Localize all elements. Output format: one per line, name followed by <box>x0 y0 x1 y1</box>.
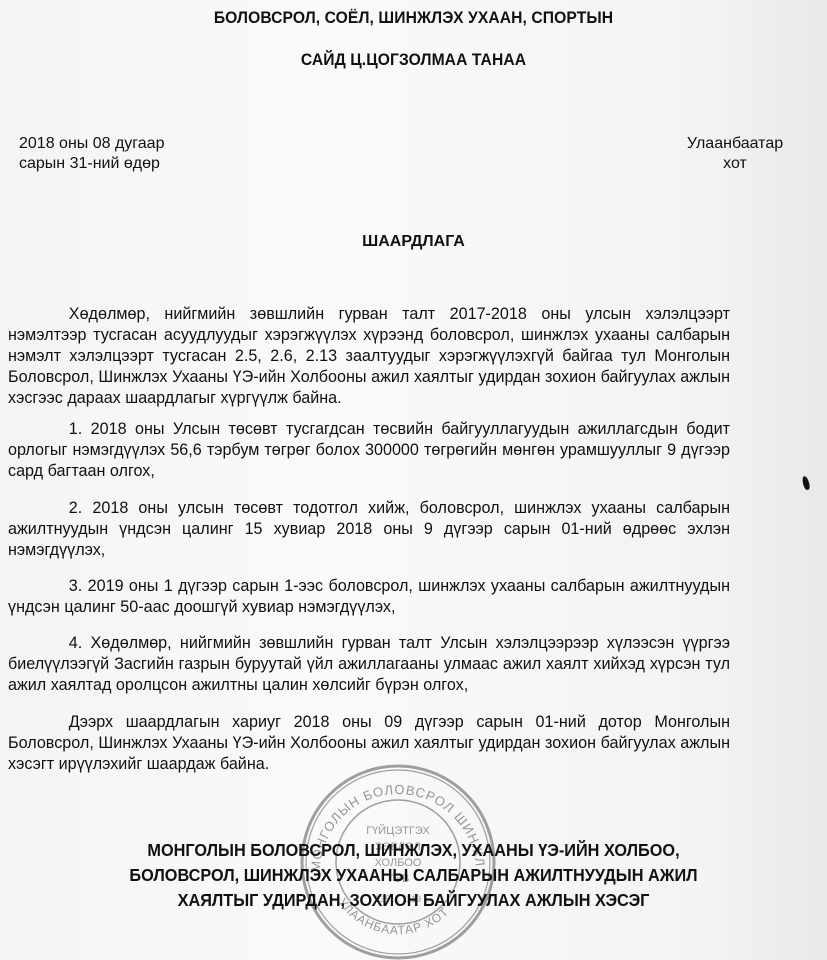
signature-line-2: БОЛОВСРОЛ, ШИНЖЛЭХ УХААНЫ САЛБАРЫН АЖИЛТ… <box>29 863 798 888</box>
signature-line-3: ХАЯЛТЫГ УДИРДАН, ЗОХИОН БАЙГУУЛАХ АЖЛЫН … <box>29 888 798 913</box>
document-title: ШААРДЛАГА <box>0 233 827 251</box>
scan-speck <box>801 475 810 490</box>
date-line-2: сарын 31-ний өдөр <box>19 154 164 174</box>
document-date: 2018 оны 08 дугаар сарын 31-ний өдөр <box>19 134 164 174</box>
signature-line-1: МОНГОЛЫН БОЛОВСРОЛ, ШИНЖЛЭХ, УХААНЫ ҮЭ-И… <box>29 838 798 863</box>
place-line-2: хот <box>675 154 795 174</box>
place-line-1: Улаанбаатар <box>675 134 795 154</box>
intro-paragraph: Хөдөлмөр, нийгмийн зөвшлийн гурван талт … <box>8 303 730 408</box>
demand-item-3: 3. 2019 оны 1 дүгээр сарын 1-ээс боловср… <box>8 575 730 617</box>
document-place: Улаанбаатар хот <box>675 134 795 174</box>
addressee-line-1: БОЛОВСРОЛ, СОЁЛ, ШИНЖЛЭХ УХААН, СПОРТЫН <box>33 8 794 28</box>
date-line-1: 2018 оны 08 дугаар <box>19 134 164 154</box>
demand-item-2: 2. 2018 оны улсын төсөвт тодотгол хийж, … <box>8 497 730 560</box>
demand-item-4: 4. Хөдөлмөр, нийгмийн зөвшлийн гурван та… <box>8 632 730 695</box>
stamp-inner-1: ГҮЙЦЭТГЭХ <box>366 824 430 837</box>
addressee-line-2: САЙД Ц.ЦОГЗОЛМАА ТАНАА <box>33 50 794 70</box>
demand-item-1: 1. 2018 оны Улсын төсөвт тусгагдсан төсв… <box>8 418 730 481</box>
signature-block: МОНГОЛЫН БОЛОВСРОЛ, ШИНЖЛЭХ, УХААНЫ ҮЭ-И… <box>29 838 798 913</box>
